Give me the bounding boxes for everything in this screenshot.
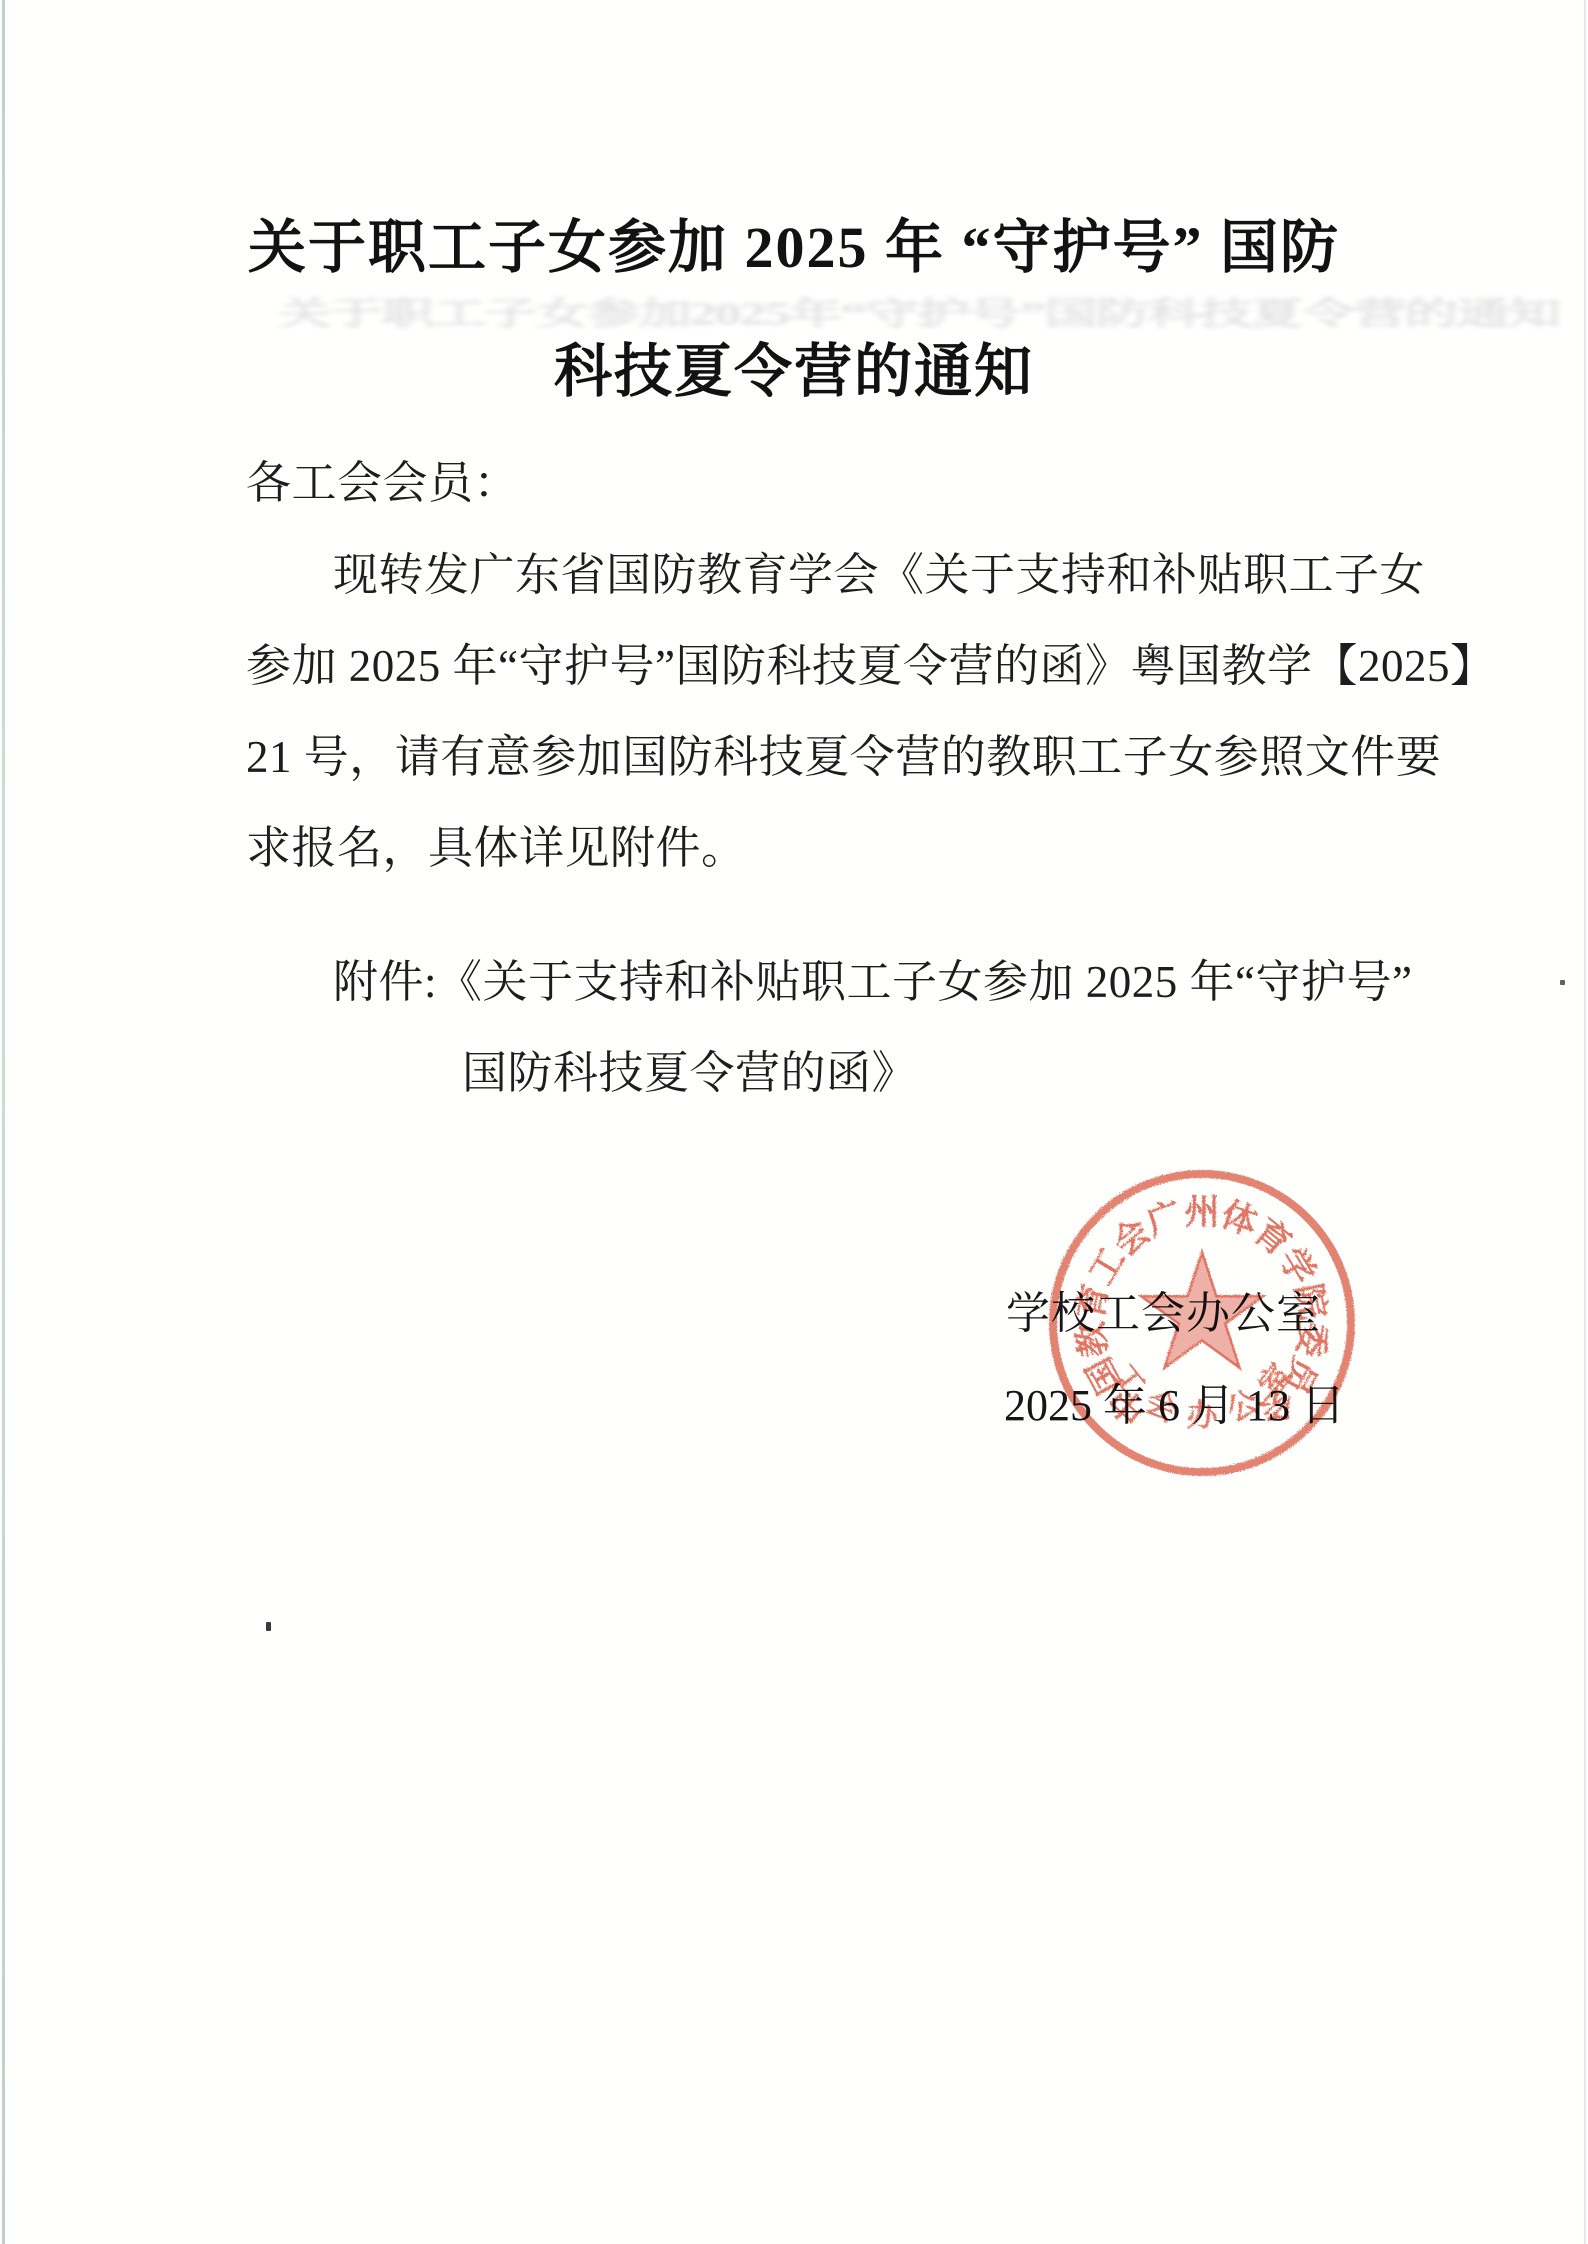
body-line-2: 参加 2025 年“守护号”国防科技夏令营的函》粤国教学【2025】 [246, 639, 1495, 693]
title-ghost-echo: 关于职工子女参加2025年“守护号”国防科技夏令营的通知 [278, 288, 1559, 334]
seal-star [1141, 1252, 1263, 1368]
body-line-3: 21 号，请有意参加国防科技夏令营的教职工子女参照文件要 [246, 730, 1441, 784]
scan-edge-left-artifact [2, 0, 5, 2244]
svg-text:教: 教 [1071, 1318, 1115, 1359]
body-line-4: 求报名，具体详见附件。 [246, 821, 747, 875]
salutation: 各工会会员： [246, 456, 519, 510]
scan-speck [266, 1622, 271, 1631]
document-title-line-1: 关于职工子女参加 2025 年 “守护号” 国防 [0, 216, 1588, 280]
document-title-line-2: 科技夏令营的通知 [0, 340, 1588, 404]
svg-text:会: 会 [1140, 1384, 1183, 1429]
svg-text:州: 州 [1184, 1193, 1219, 1232]
body-line-1: 现转发广东省国防教育学会《关于支持和补贴职工子女 [333, 548, 1425, 602]
attachment-line-2: 国防科技夏令营的函》 [462, 1046, 917, 1100]
official-seal: 中国教育工会广州体育学院委员会 工会办公室 [1037, 1158, 1367, 1488]
svg-text:办: 办 [1187, 1398, 1219, 1433]
document-page: 关于职工子女参加2025年“守护号”国防科技夏令营的通知 关于职工子女参加 20… [0, 0, 1588, 2244]
scan-edge-right-artifact [1584, 0, 1586, 2244]
attachment-line-1: 附件:《关于支持和补贴职工子女参加 2025 年“守护号” [333, 955, 1412, 1009]
scan-speck [1560, 980, 1565, 985]
svg-text:公: 公 [1221, 1384, 1264, 1429]
svg-text:院: 院 [1288, 1281, 1333, 1323]
